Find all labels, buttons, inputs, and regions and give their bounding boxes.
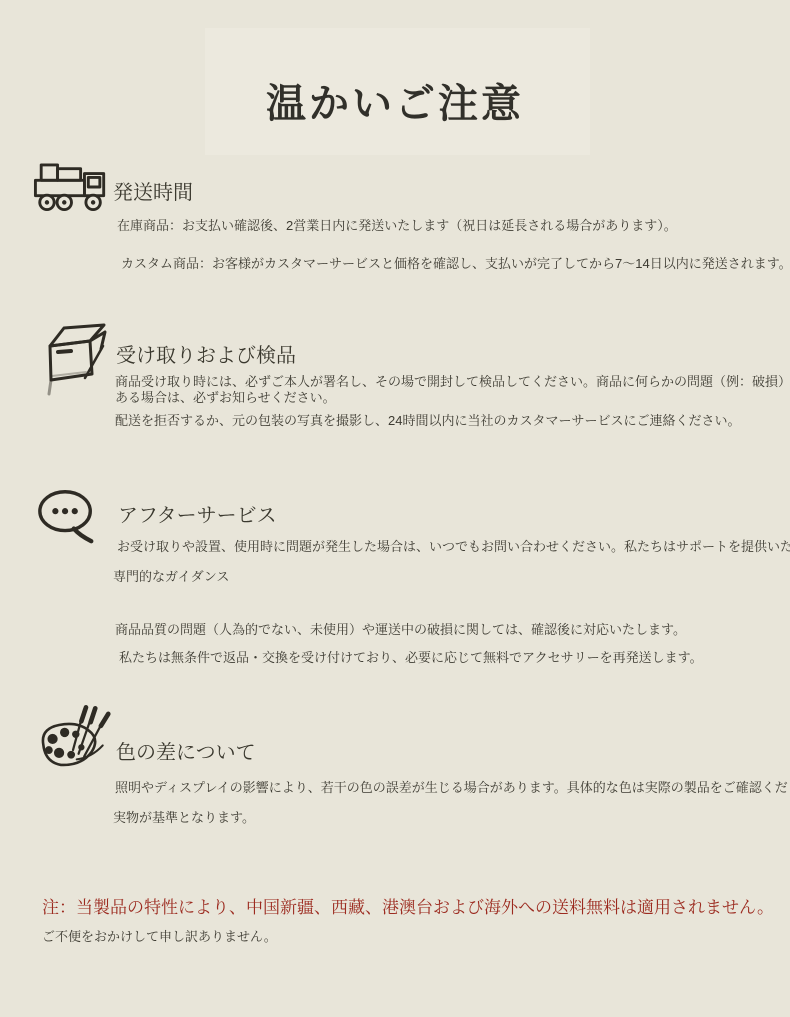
truck-icon	[32, 162, 110, 212]
receipt-line-2: ある場合は、必ずお知らせください。	[115, 389, 336, 407]
speech-bubble-icon	[35, 486, 99, 546]
receipt-line-3: 配送を拒否するか、元の包装の写真を撮影し、24時間以内に当社のカスタマーサービス…	[115, 412, 740, 430]
shipping-line-2: カスタム商品：お客様がカスタマーサービスと価格を確認し、支払いが完了してから7～…	[121, 255, 790, 273]
after-service-line-1: お受け取りや設置、使用時に問題が発生した場合は、いつでもお問い合わせください。私…	[117, 538, 790, 556]
color-difference-line-1: 照明やディスプレイの影響により、若干の色の誤差が生じる場合があります。具体的な色…	[115, 779, 788, 797]
after-service-line-3: 商品品質の問題（人為的でない、未使用）や運送中の破損に関しては、確認後に対応いた…	[115, 621, 686, 639]
apology-note: ご不便をおかけして申し訳ありません。	[42, 926, 277, 945]
color-difference-line-2: 実物が基準となります。	[113, 809, 255, 827]
after-service-line-2: 専門的なガイダンス	[113, 568, 229, 586]
palette-icon	[34, 703, 112, 773]
box-icon	[36, 320, 108, 398]
page-title: 温かいご注意	[0, 72, 790, 129]
shipping-restriction-note: 注：当製品の特性により、中国新疆、西藏、港澳台および海外への送料無料は適用されま…	[42, 893, 774, 918]
warm-notice-page: 温かいご注意 発送時間 在庫商品：お支払い確認後、2営業日内に発送いたします（祝…	[0, 0, 790, 1017]
shipping-line-1: 在庫商品：お支払い確認後、2営業日内に発送いたします（祝日は延長される場合があり…	[117, 217, 677, 235]
section-heading-after-service: アフターサービス	[118, 499, 277, 528]
section-heading-shipping: 発送時間	[113, 176, 193, 205]
after-service-line-4: 私たちは無条件で返品・交換を受け付けており、必要に応じて無料でアクセサリーを再発…	[119, 649, 703, 667]
section-heading-color-difference: 色の差について	[116, 736, 256, 765]
section-heading-receipt: 受け取りおよび検品	[116, 339, 296, 368]
